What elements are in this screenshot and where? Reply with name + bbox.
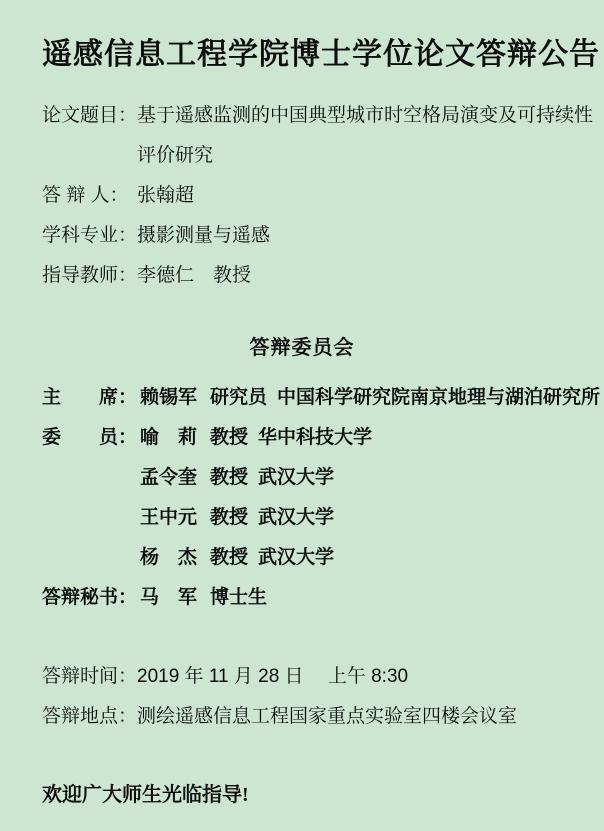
thesis-title-line1: 基于遥感监测的中国典型城市时空格局演变及可持续性 xyxy=(137,96,593,136)
thesis-info-section: 论文题目： 基于遥感监测的中国典型城市时空格局演变及可持续性 评价研究 答 辩 … xyxy=(42,96,562,296)
defense-time-row: 答辩时间： 2019 年 11 月 28 日 上午 8:30 xyxy=(42,657,562,697)
thesis-title-label: 论文题目： xyxy=(42,96,137,176)
defense-time-label: 答辩时间： xyxy=(42,657,137,697)
member-label: 委 员： xyxy=(42,418,140,458)
defense-announcement-page: 遥感信息工程学院博士学位论文答辩公告 论文题目： 基于遥感监测的中国典型城市时空… xyxy=(0,0,604,831)
major-row: 学科专业： 摄影测量与遥感 xyxy=(42,216,562,256)
committee-member-row: 杨 杰 教授 武汉大学 xyxy=(42,538,562,578)
member-institution: 武汉大学 xyxy=(258,498,334,538)
defense-details-section: 答辩时间： 2019 年 11 月 28 日 上午 8:30 答辩地点： 测绘遥… xyxy=(42,657,562,737)
member-institution: 华中科技大学 xyxy=(258,418,372,458)
secretary-name: 马 军 xyxy=(140,578,200,618)
defense-place-value: 测绘遥感信息工程国家重点实验室四楼会议室 xyxy=(137,697,517,737)
member-institution: 武汉大学 xyxy=(258,458,334,498)
committee-member-row: 委 员： 喻 莉 教授 华中科技大学 xyxy=(42,418,562,458)
member-name: 王中元 xyxy=(140,498,200,538)
member-label xyxy=(42,538,140,578)
member-institution: 武汉大学 xyxy=(258,538,334,578)
member-label xyxy=(42,458,140,498)
chair-name: 赖锡军 xyxy=(140,378,200,418)
candidate-label: 答 辩 人： xyxy=(42,176,137,216)
chair-title: 研究员 xyxy=(210,378,267,418)
chair-label: 主 席： xyxy=(42,378,140,418)
welcome-message: 欢迎广大师生光临指导! xyxy=(42,775,562,815)
candidate-name: 张翰超 xyxy=(137,176,194,216)
committee-chair-row: 主 席： 赖锡军 研究员 中国科学研究院南京地理与湖泊研究所 xyxy=(42,378,562,418)
secretary-label: 答辩秘书： xyxy=(42,578,140,618)
member-title: 教授 xyxy=(210,538,248,578)
thesis-title-row: 论文题目： 基于遥感监测的中国典型城市时空格局演变及可持续性 评价研究 xyxy=(42,96,562,176)
defense-time-value: 2019 年 11 月 28 日 上午 8:30 xyxy=(137,657,408,697)
committee-member-row: 孟令奎 教授 武汉大学 xyxy=(42,458,562,498)
committee-member-row: 王中元 教授 武汉大学 xyxy=(42,498,562,538)
candidate-row: 答 辩 人： 张翰超 xyxy=(42,176,562,216)
committee-section-heading: 答辩委员会 xyxy=(42,328,562,368)
member-name: 孟令奎 xyxy=(140,458,200,498)
member-name: 喻 莉 xyxy=(140,418,200,458)
thesis-title-value: 基于遥感监测的中国典型城市时空格局演变及可持续性 评价研究 xyxy=(137,96,593,176)
member-title: 教授 xyxy=(210,418,248,458)
member-title: 教授 xyxy=(210,498,248,538)
page-title: 遥感信息工程学院博士学位论文答辩公告 xyxy=(42,35,562,75)
advisor-row: 指导教师： 李德仁 教授 xyxy=(42,256,562,296)
defense-place-label: 答辩地点： xyxy=(42,697,137,737)
committee-secretary-row: 答辩秘书： 马 军 博士生 xyxy=(42,578,562,618)
major-label: 学科专业： xyxy=(42,216,137,256)
advisor-value: 李德仁 教授 xyxy=(137,256,251,296)
member-title: 教授 xyxy=(210,458,248,498)
defense-place-row: 答辩地点： 测绘遥感信息工程国家重点实验室四楼会议室 xyxy=(42,697,562,737)
chair-institution: 中国科学研究院南京地理与湖泊研究所 xyxy=(277,378,600,418)
committee-section: 主 席： 赖锡军 研究员 中国科学研究院南京地理与湖泊研究所 委 员： 喻 莉 … xyxy=(42,378,562,618)
thesis-title-line2: 评价研究 xyxy=(137,136,593,176)
member-name: 杨 杰 xyxy=(140,538,200,578)
major-value: 摄影测量与遥感 xyxy=(137,216,270,256)
advisor-label: 指导教师： xyxy=(42,256,137,296)
secretary-title: 博士生 xyxy=(210,578,267,618)
member-label xyxy=(42,498,140,538)
